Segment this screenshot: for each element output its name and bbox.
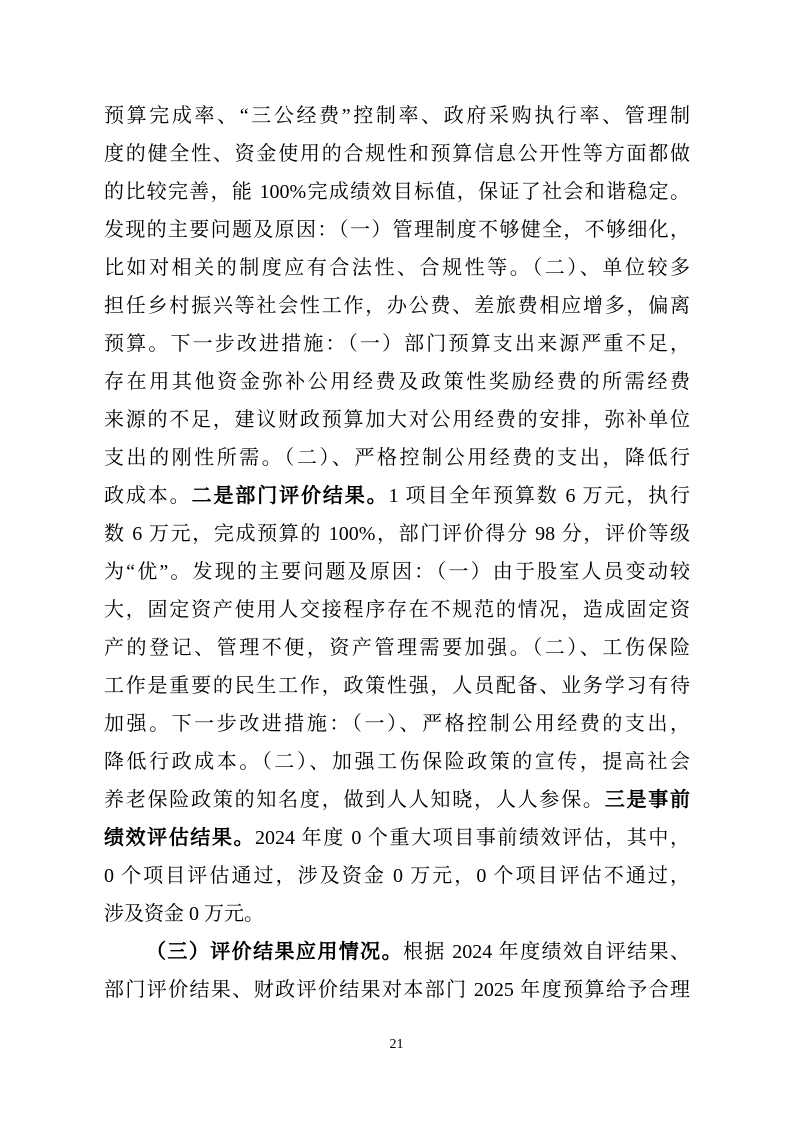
- text-line: 存在用其他资金弥补公用经费及政策性奖励经费的所需经费: [104, 363, 690, 401]
- text-segment: 降低行政成本。（二）、加强工伤保险政策的宣传，提高社会: [104, 751, 690, 773]
- page-number: 21: [0, 1036, 793, 1054]
- text-segment: 产的登记、管理不便，资产管理需要加强。（二）、工伤保险: [104, 637, 690, 659]
- body-text: 预算完成率、“三公经费”控制率、政府采购执行率、管理制度的健全性、资金使用的合规…: [104, 97, 690, 1009]
- text-segment: 比如对相关的制度应有合法性、合规性等。（二）、单位较多: [104, 257, 690, 279]
- text-segment: 来源的不足，建议财政预算加大对公用经费的安排，弥补单位: [104, 409, 690, 431]
- text-segment: 预算完成率、“三公经费”控制率、政府采购执行率、管理制: [104, 105, 690, 127]
- text-line: 大，固定资产使用人交接程序存在不规范的情况，造成固定资: [104, 591, 690, 629]
- text-line: 度的健全性、资金使用的合规性和预算信息公开性等方面都做: [104, 135, 690, 173]
- text-segment: 支出的刚性所需。（二）、严格控制公用经费的支出，降低行: [104, 447, 690, 469]
- text-line: 比如对相关的制度应有合法性、合规性等。（二）、单位较多: [104, 249, 690, 287]
- bold-text-segment: （三）评价结果应用情况。: [146, 941, 403, 963]
- text-line: 预算完成率、“三公经费”控制率、政府采购执行率、管理制: [104, 97, 690, 135]
- bold-text-segment: 绩效评估结果。: [104, 827, 255, 849]
- bold-text-segment: 三是事前: [605, 789, 690, 811]
- text-segment: 度的健全性、资金使用的合规性和预算信息公开性等方面都做: [104, 143, 690, 165]
- text-line: 养老保险政策的知名度，做到人人知晓，人人参保。三是事前: [104, 781, 690, 819]
- text-segment: 担任乡村振兴等社会性工作，办公费、差旅费相应增多，偏离: [104, 295, 690, 317]
- text-segment: 养老保险政策的知名度，做到人人知晓，人人参保。: [104, 789, 605, 811]
- text-line: 为“优”。发现的主要问题及原因：（一）由于股室人员变动较: [104, 553, 690, 591]
- text-segment: 大，固定资产使用人交接程序存在不规范的情况，造成固定资: [104, 599, 690, 621]
- text-line: 工作是重要的民生工作，政策性强，人员配备、业务学习有待: [104, 667, 690, 705]
- text-segment: 数 6 万元，完成预算的 100%，部门评价得分 98 分，评价等级: [104, 523, 690, 545]
- text-segment: 存在用其他资金弥补公用经费及政策性奖励经费的所需经费: [104, 371, 690, 393]
- text-segment: 根据 2024 年度绩效自评结果、: [403, 941, 690, 963]
- text-line: 来源的不足，建议财政预算加大对公用经费的安排，弥补单位: [104, 401, 690, 439]
- text-line: 降低行政成本。（二）、加强工伤保险政策的宣传，提高社会: [104, 743, 690, 781]
- text-segment: 的比较完善，能 100%完成绩效目标值，保证了社会和谐稳定。: [104, 181, 690, 203]
- text-line: 数 6 万元，完成预算的 100%，部门评价得分 98 分，评价等级: [104, 515, 690, 553]
- text-segment: 部门评价结果、财政评价结果对本部门 2025 年度预算给予合理: [104, 979, 690, 1001]
- text-segment: 发现的主要问题及原因：（一）管理制度不够健全，不够细化，: [104, 219, 690, 241]
- text-segment: 1 项目全年预算数 6 万元，执行: [389, 485, 690, 507]
- document-page: 预算完成率、“三公经费”控制率、政府采购执行率、管理制度的健全性、资金使用的合规…: [0, 0, 793, 1122]
- bold-text-segment: 二是部门评价结果。: [192, 485, 389, 507]
- text-line: 加强。下一步改进措施：（一）、严格控制公用经费的支出，: [104, 705, 690, 743]
- text-line: 发现的主要问题及原因：（一）管理制度不够健全，不够细化，: [104, 211, 690, 249]
- text-segment: 预算。下一步改进措施：（一）部门预算支出来源严重不足，: [104, 333, 690, 355]
- text-line: 部门评价结果、财政评价结果对本部门 2025 年度预算给予合理: [104, 971, 690, 1009]
- text-line: 政成本。二是部门评价结果。1 项目全年预算数 6 万元，执行: [104, 477, 690, 515]
- text-segment: 加强。下一步改进措施：（一）、严格控制公用经费的支出，: [104, 713, 690, 735]
- text-line: 担任乡村振兴等社会性工作，办公费、差旅费相应增多，偏离: [104, 287, 690, 325]
- text-line: 预算。下一步改进措施：（一）部门预算支出来源严重不足，: [104, 325, 690, 363]
- text-line: 绩效评估结果。2024 年度 0 个重大项目事前绩效评估，其中，: [104, 819, 690, 857]
- text-line: 支出的刚性所需。（二）、严格控制公用经费的支出，降低行: [104, 439, 690, 477]
- text-line: 产的登记、管理不便，资产管理需要加强。（二）、工伤保险: [104, 629, 690, 667]
- text-segment: 为“优”。发现的主要问题及原因：（一）由于股室人员变动较: [104, 561, 690, 583]
- text-line: 涉及资金 0 万元。: [104, 895, 690, 933]
- text-line: 的比较完善，能 100%完成绩效目标值，保证了社会和谐稳定。: [104, 173, 690, 211]
- text-segment: 涉及资金 0 万元。: [104, 903, 264, 925]
- text-segment: 2024 年度 0 个重大项目事前绩效评估，其中，: [255, 827, 690, 849]
- text-segment: 政成本。: [104, 485, 192, 507]
- text-segment: 0 个项目评估通过，涉及资金 0 万元，0 个项目评估不通过，: [104, 865, 690, 887]
- text-line: （三）评价结果应用情况。根据 2024 年度绩效自评结果、: [104, 933, 690, 971]
- text-segment: 工作是重要的民生工作，政策性强，人员配备、业务学习有待: [104, 675, 690, 697]
- text-line: 0 个项目评估通过，涉及资金 0 万元，0 个项目评估不通过，: [104, 857, 690, 895]
